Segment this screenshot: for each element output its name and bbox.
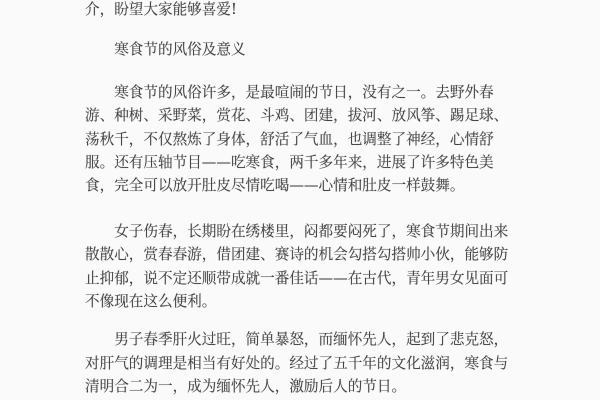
document-page: 介，盼望大家能够喜爱! 寒食节的风俗及意义 寒食节的风俗许多，是最喧闹的节日，没… bbox=[0, 0, 600, 398]
paragraph-customs: 寒食节的风俗许多，是最喧闹的节日，没有之一。去野外春 游、种树、采野菜，赏花、斗… bbox=[85, 81, 600, 198]
text-line: 荡秋千，不仅熬炼了身体，舒活了气血，也调整了神经，心情舒 bbox=[85, 128, 600, 151]
text-line: 散散心，赏春春游，借团建、赛诗的机会勾搭勾搭帅小伙，能够防 bbox=[85, 243, 600, 266]
text-line: 对肝气的调理是相当有好处的。经过了五千年的文化滋润，寒食与 bbox=[85, 352, 600, 375]
text-line: 游、种树、采野菜，赏花、斗鸡、团建，拔河、放风筝、踢足球、 bbox=[85, 104, 600, 127]
text-line: 清明合二为一，成为缅怀先人，激励后人的节日。 bbox=[85, 375, 600, 398]
text-line: 不像现在这么便利。 bbox=[85, 290, 600, 313]
text-line: 食，完全可以放开肚皮尽情吃喝——心情和肚皮一样鼓舞。 bbox=[85, 174, 600, 197]
text-line: 女子伤春，长期盼在绣楼里，闷都要闷死了，寒食节期间出来 bbox=[85, 220, 600, 243]
intro-continuation-line: 介，盼望大家能够喜爱! bbox=[85, 0, 600, 21]
paragraph-men-spring: 男子春季肝火过旺，简单暴怒，而缅怀先人，起到了悲克怒， 对肝气的调理是相当有好处… bbox=[85, 328, 600, 398]
paragraph-women-spring: 女子伤春，长期盼在绣楼里，闷都要闷死了，寒食节期间出来 散散心，赏春春游，借团建… bbox=[85, 220, 600, 314]
text-line: 男子春季肝火过旺，简单暴怒，而缅怀先人，起到了悲克怒， bbox=[85, 328, 600, 351]
text-line: 寒食节的风俗许多，是最喧闹的节日，没有之一。去野外春 bbox=[85, 81, 600, 104]
text-line: 服。还有压轴节目——吃寒食，两千多年来，进展了许多特色美 bbox=[85, 151, 600, 174]
text-line: 止抑郁，说不定还顺带成就一番佳话——在古代，青年男女见面可 bbox=[85, 267, 600, 290]
section-heading: 寒食节的风俗及意义 bbox=[85, 38, 600, 61]
